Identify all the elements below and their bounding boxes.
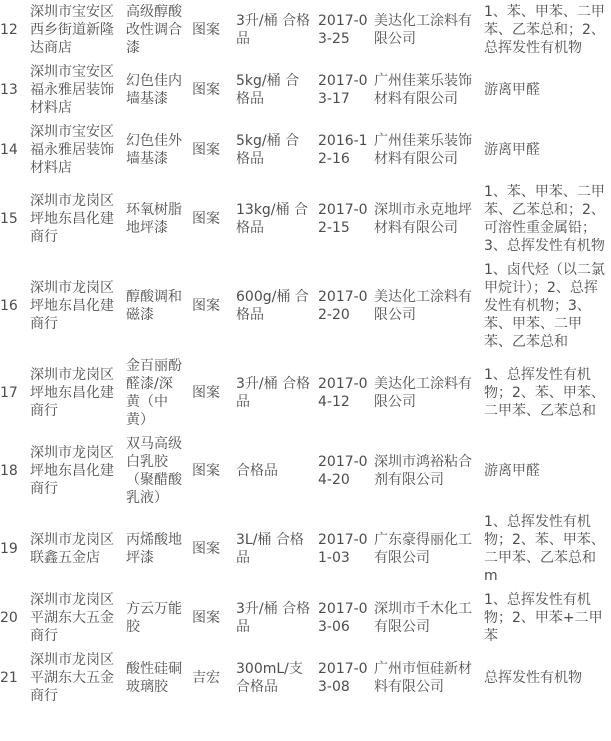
spec-cell: 3L/桶 合格品 bbox=[236, 510, 318, 588]
date-cell: 2017-02-20 bbox=[318, 258, 374, 354]
table-row: 21 深圳市龙岗区平湖东大五金商行 酸性硅硐玻璃胶 吉宏 300mL/支 合格品… bbox=[0, 648, 611, 708]
date-cell: 2017-03-06 bbox=[318, 588, 374, 648]
product-cell: 金百丽酚醛漆/深黄（中黄） bbox=[126, 354, 192, 432]
product-cell: 高级醇酸改性调合漆 bbox=[126, 0, 192, 60]
spec-cell: 600g/桶 合格品 bbox=[236, 258, 318, 354]
date-cell: 2017-04-20 bbox=[318, 432, 374, 510]
trademark-cell: 图案 bbox=[192, 354, 236, 432]
issues-cell: 1、总挥发性有机物；2、甲苯+二甲苯 bbox=[484, 588, 611, 648]
spec-cell: 3升/桶 合格品 bbox=[236, 588, 318, 648]
store-cell: 深圳市龙岗区平湖东大五金商行 bbox=[30, 648, 126, 708]
product-cell: 幻色佳内墙基漆 bbox=[126, 60, 192, 120]
manufacturer-cell: 广州市恒硅新材料有限公司 bbox=[374, 648, 484, 708]
table-row: 15 深圳市龙岗区坪地东昌化建商行 环氧树脂地坪漆 图案 13kg/桶 合格品 … bbox=[0, 180, 611, 258]
trademark-cell: 图案 bbox=[192, 510, 236, 588]
table-row: 13 深圳市宝安区福永雅居装饰材料店 幻色佳内墙基漆 图案 5kg/桶 合格品 … bbox=[0, 60, 611, 120]
product-cell: 方云万能胶 bbox=[126, 588, 192, 648]
manufacturer-cell: 深圳市千木化工有限公司 bbox=[374, 588, 484, 648]
trademark-cell: 图案 bbox=[192, 60, 236, 120]
manufacturer-cell: 广东豪得丽化工有限公司 bbox=[374, 510, 484, 588]
issues-cell: 游离甲醛 bbox=[484, 120, 611, 180]
row-number-cell: 19 bbox=[0, 510, 30, 588]
table-row: 18 深圳市龙岗区坪地东昌化建商行 双马高级白乳胶（聚醋酸乳液） 图案 合格品 … bbox=[0, 432, 611, 510]
issues-cell: 1、苯、甲苯、二甲苯、乙苯总和；2、可溶性重金属铅；3、总挥发性有机物 bbox=[484, 180, 611, 258]
store-cell: 深圳市龙岗区坪地东昌化建商行 bbox=[30, 354, 126, 432]
issues-cell: 1、总挥发性有机物；2、苯、甲苯、二甲苯、乙苯总和 bbox=[484, 354, 611, 432]
issues-cell: 游离甲醛 bbox=[484, 432, 611, 510]
trademark-cell: 图案 bbox=[192, 120, 236, 180]
table-row: 19 深圳市龙岗区联鑫五金店 丙烯酸地坪漆 图案 3L/桶 合格品 2017-0… bbox=[0, 510, 611, 588]
issues-cell: 总挥发性有机物 bbox=[484, 648, 611, 708]
product-cell: 醇酸调和磁漆 bbox=[126, 258, 192, 354]
trademark-cell: 图案 bbox=[192, 588, 236, 648]
date-cell: 2017-04-12 bbox=[318, 354, 374, 432]
date-cell: 2016-12-16 bbox=[318, 120, 374, 180]
spec-cell: 5kg/桶 合格品 bbox=[236, 120, 318, 180]
issues-cell: 游离甲醛 bbox=[484, 60, 611, 120]
row-number-cell: 13 bbox=[0, 60, 30, 120]
table-row: 16 深圳市龙岗区坪地东昌化建商行 醇酸调和磁漆 图案 600g/桶 合格品 2… bbox=[0, 258, 611, 354]
table-row: 14 深圳市宝安区福永雅居装饰材料店 幻色佳外墙基漆 图案 5kg/桶 合格品 … bbox=[0, 120, 611, 180]
issues-cell: 1、苯、甲苯、二甲苯、乙苯总和；2、总挥发性有机物 bbox=[484, 0, 611, 60]
row-number-cell: 14 bbox=[0, 120, 30, 180]
row-number-cell: 20 bbox=[0, 588, 30, 648]
table-row: 20 深圳市龙岗区平湖东大五金商行 方云万能胶 图案 3升/桶 合格品 2017… bbox=[0, 588, 611, 648]
date-cell: 2017-01-03 bbox=[318, 510, 374, 588]
store-cell: 深圳市龙岗区坪地东昌化建商行 bbox=[30, 258, 126, 354]
row-number-cell: 15 bbox=[0, 180, 30, 258]
store-cell: 深圳市龙岗区坪地东昌化建商行 bbox=[30, 432, 126, 510]
trademark-cell: 吉宏 bbox=[192, 648, 236, 708]
product-cell: 酸性硅硐玻璃胶 bbox=[126, 648, 192, 708]
table-row: 17 深圳市龙岗区坪地东昌化建商行 金百丽酚醛漆/深黄（中黄） 图案 3升/桶 … bbox=[0, 354, 611, 432]
date-cell: 2017-03-25 bbox=[318, 0, 374, 60]
store-cell: 深圳市龙岗区坪地东昌化建商行 bbox=[30, 180, 126, 258]
row-number-cell: 17 bbox=[0, 354, 30, 432]
issues-cell: 1、卤代烃（以二氯甲烷计）；2、总挥发性有机物；3、苯、甲苯、二甲苯、乙苯总和 bbox=[484, 258, 611, 354]
trademark-cell: 图案 bbox=[192, 432, 236, 510]
date-cell: 2017-02-15 bbox=[318, 180, 374, 258]
spec-cell: 13kg/桶 合格品 bbox=[236, 180, 318, 258]
row-number-cell: 16 bbox=[0, 258, 30, 354]
spec-cell: 3升/桶 合格品 bbox=[236, 354, 318, 432]
manufacturer-cell: 广州佳莱乐装饰材料有限公司 bbox=[374, 120, 484, 180]
manufacturer-cell: 深圳市鸿裕粘合剂有限公司 bbox=[374, 432, 484, 510]
table-row: 12 深圳市宝安区西乡街道新隆达商店 高级醇酸改性调合漆 图案 3升/桶 合格品… bbox=[0, 0, 611, 60]
product-cell: 环氧树脂地坪漆 bbox=[126, 180, 192, 258]
store-cell: 深圳市龙岗区联鑫五金店 bbox=[30, 510, 126, 588]
manufacturer-cell: 深圳市永克地坪材料有限公司 bbox=[374, 180, 484, 258]
manufacturer-cell: 广州佳莱乐装饰材料有限公司 bbox=[374, 60, 484, 120]
store-cell: 深圳市宝安区西乡街道新隆达商店 bbox=[30, 0, 126, 60]
trademark-cell: 图案 bbox=[192, 180, 236, 258]
issues-cell: 1、总挥发性有机物；2、苯、甲苯、二甲苯、乙苯总和m bbox=[484, 510, 611, 588]
row-number-cell: 12 bbox=[0, 0, 30, 60]
store-cell: 深圳市龙岗区平湖东大五金商行 bbox=[30, 588, 126, 648]
spec-cell: 3升/桶 合格品 bbox=[236, 0, 318, 60]
store-cell: 深圳市宝安区福永雅居装饰材料店 bbox=[30, 60, 126, 120]
trademark-cell: 图案 bbox=[192, 258, 236, 354]
spec-cell: 300mL/支 合格品 bbox=[236, 648, 318, 708]
inspection-results-table: 12 深圳市宝安区西乡街道新隆达商店 高级醇酸改性调合漆 图案 3升/桶 合格品… bbox=[0, 0, 611, 708]
product-cell: 双马高级白乳胶（聚醋酸乳液） bbox=[126, 432, 192, 510]
manufacturer-cell: 美达化工涂料有限公司 bbox=[374, 258, 484, 354]
date-cell: 2017-03-08 bbox=[318, 648, 374, 708]
date-cell: 2017-03-17 bbox=[318, 60, 374, 120]
manufacturer-cell: 美达化工涂料有限公司 bbox=[374, 354, 484, 432]
manufacturer-cell: 美达化工涂料有限公司 bbox=[374, 0, 484, 60]
store-cell: 深圳市宝安区福永雅居装饰材料店 bbox=[30, 120, 126, 180]
product-cell: 丙烯酸地坪漆 bbox=[126, 510, 192, 588]
trademark-cell: 图案 bbox=[192, 0, 236, 60]
row-number-cell: 18 bbox=[0, 432, 30, 510]
spec-cell: 5kg/桶 合格品 bbox=[236, 60, 318, 120]
spec-cell: 合格品 bbox=[236, 432, 318, 510]
row-number-cell: 21 bbox=[0, 648, 30, 708]
product-cell: 幻色佳外墙基漆 bbox=[126, 120, 192, 180]
